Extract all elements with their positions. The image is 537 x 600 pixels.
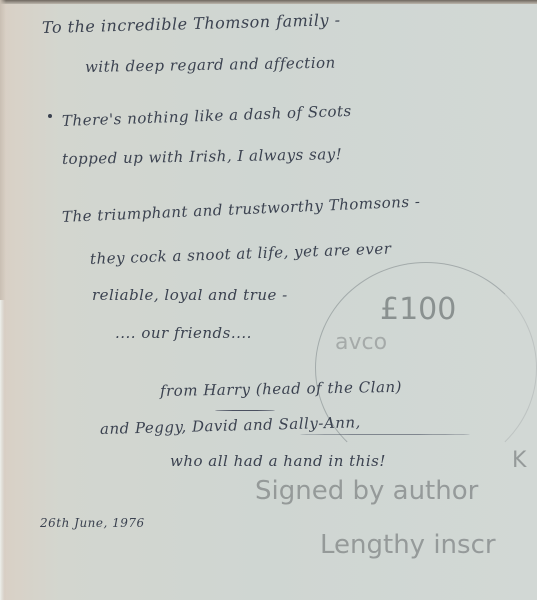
inscription-line-8: .... our friends....	[115, 324, 252, 342]
names-underline	[300, 434, 470, 435]
inscription-line-2: with deep regard and affection	[85, 54, 336, 76]
inscription-date: 26th June, 1976	[40, 516, 145, 530]
inscription-line-3: There's nothing like a dash of Scots	[62, 102, 352, 130]
harry-underline	[215, 410, 275, 411]
pencil-initial: K	[512, 448, 526, 473]
bullet-mark	[48, 114, 52, 118]
page-top-edge	[0, 0, 537, 4]
inscription-page: To the incredible Thomson family - with …	[0, 0, 537, 600]
pencil-note-line-2: Lengthy inscr	[320, 530, 496, 560]
pencil-note-line-1: Signed by author	[255, 476, 478, 506]
pencil-price: £100	[380, 292, 456, 327]
pencil-code: avco	[335, 330, 387, 355]
inscription-line-4: topped up with Irish, I always say!	[62, 145, 343, 168]
inscription-line-7: reliable, loyal and true -	[92, 286, 288, 304]
inscription-line-6: they cock a snoot at life, yet are ever	[90, 239, 392, 268]
inscription-line-1: To the incredible Thomson family -	[42, 10, 341, 37]
page-left-edge-lower	[0, 300, 5, 600]
inscription-line-5: The triumphant and trustworthy Thomsons …	[62, 192, 421, 226]
inscription-line-11: who all had a hand in this!	[170, 452, 386, 470]
